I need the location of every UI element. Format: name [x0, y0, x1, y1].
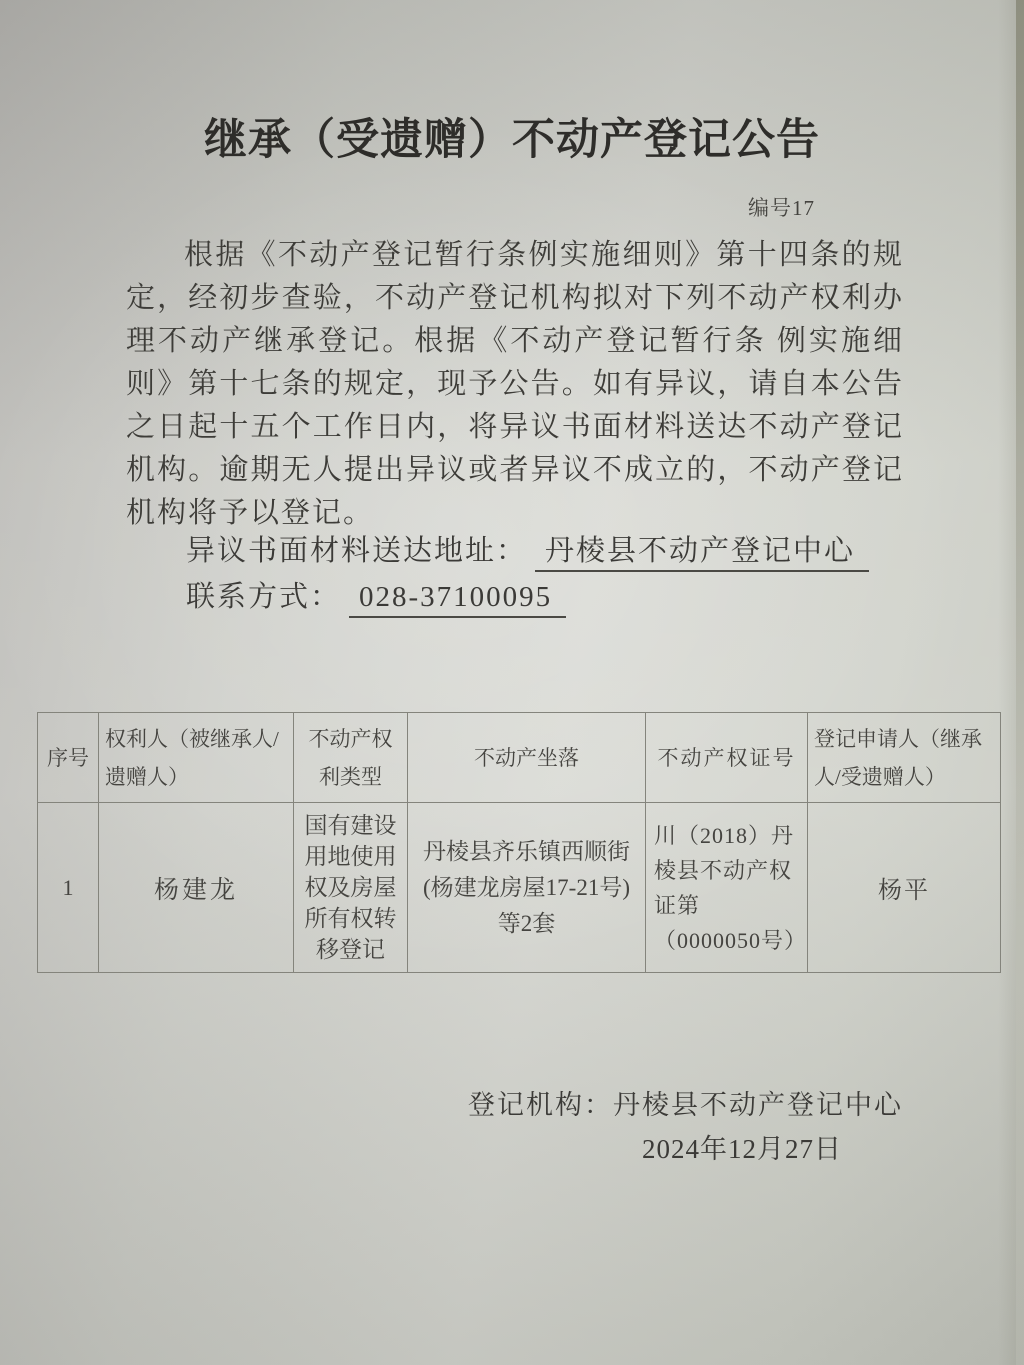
registration-table: 序号 权利人（被继承人/遗赠人） 不动产权利类型 不动产坐落 不动产权证号 登记…	[37, 712, 1001, 973]
address-value: 丹棱县不动产登记中心	[535, 535, 869, 572]
col-header-applicant: 登记申请人（继承人/受遗赠人）	[808, 713, 1001, 803]
col-header-right-type: 不动产权利类型	[294, 713, 408, 803]
address-label: 异议书面材料送达地址：	[186, 535, 527, 567]
cell-right-type: 国有建设用地使用权及房屋所有权转移登记	[294, 803, 408, 973]
cell-cert-no: 川（2018）丹棱县不动产权证第（0000050号）	[646, 803, 808, 973]
notice-body-paragraph: 根据《不动产登记暂行条例实施细则》第十四条的规定，经初步查验，不动产登记机构拟对…	[126, 234, 904, 535]
address-line: 异议书面材料送达地址：丹棱县不动产登记中心	[186, 528, 869, 569]
col-header-location: 不动产坐落	[408, 713, 646, 803]
paper-edge	[1016, 0, 1024, 1365]
col-header-cert-no: 不动产权证号	[646, 713, 808, 803]
paper-edge-shading	[998, 0, 1016, 1365]
contact-label: 联系方式：	[186, 581, 341, 613]
cell-seq: 1	[38, 803, 99, 973]
col-header-owner: 权利人（被继承人/遗赠人）	[99, 713, 294, 803]
table-header-row: 序号 权利人（被继承人/遗赠人） 不动产权利类型 不动产坐落 不动产权证号 登记…	[38, 713, 1001, 803]
col-header-seq: 序号	[38, 713, 99, 803]
document-number: 编号17	[748, 192, 815, 222]
cell-applicant: 杨平	[808, 803, 1001, 973]
cell-owner: 杨建龙	[99, 803, 294, 973]
contact-value: 028-37100095	[349, 581, 566, 618]
footer-date: 2024年12月27日	[642, 1127, 842, 1166]
page-title: 继承（受遗赠）不动产登记公告	[0, 106, 1024, 167]
footer-registration-authority: 登记机构：丹棱县不动产登记中心	[468, 1083, 903, 1122]
table-row: 1 杨建龙 国有建设用地使用权及房屋所有权转移登记 丹棱县齐乐镇西顺街(杨建龙房…	[38, 803, 1001, 973]
contact-line: 联系方式：028-37100095	[186, 574, 566, 615]
scanned-notice-page: 继承（受遗赠）不动产登记公告 编号17 根据《不动产登记暂行条例实施细则》第十四…	[0, 0, 1024, 1365]
cell-location: 丹棱县齐乐镇西顺街(杨建龙房屋17-21号)等2套	[408, 803, 646, 973]
